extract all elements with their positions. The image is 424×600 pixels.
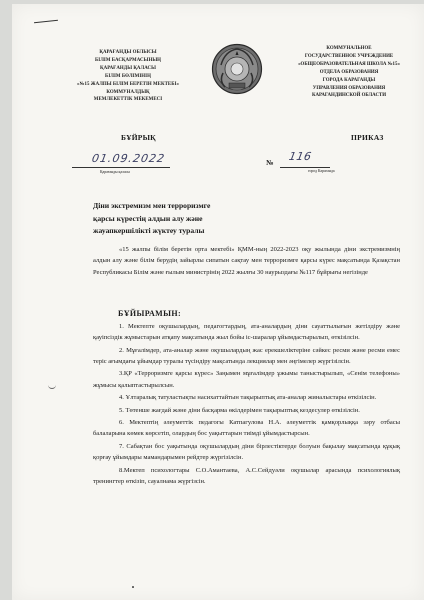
preamble-paragraph: «15 жалпы білім беретін орта мектебі» ҚМ… (93, 244, 400, 278)
subject-line: қарсы күрестің алдын алу және (93, 213, 273, 226)
order-items: 1. Мектепте оқушылардың, педагогтардың, … (93, 321, 400, 488)
order-item: 4. Ұлтаралық татуластықты насихаттайтын … (93, 392, 400, 403)
order-subject: Діни экстремизм мен терроризмге қарсы кү… (93, 200, 273, 238)
order-item: 3.ҚР «Терроризмге қарсы күрес» Заңымен м… (93, 368, 400, 390)
header-ru-line: ГОСУДАРСТВЕННОЕ УЧРЕЖДЕНИЕ (264, 53, 424, 61)
subject-line: Діни экстремизм мен терроризмге (93, 200, 273, 213)
doc-title-kz: БҰЙРЫҚ (121, 133, 156, 142)
header-ru-line: ОТДЕЛА ОБРАЗОВАНИЯ (264, 69, 424, 77)
order-item: 2. Мұғалімдер, ата-аналар және оқушылард… (93, 345, 400, 367)
header-ru-line: ГОРОДА КАРАГАНДЫ (264, 77, 424, 85)
order-item: 5. Төтенше жағдай және діни басқарма өкі… (93, 405, 400, 416)
scan-mark (34, 20, 58, 24)
date-underline (72, 167, 170, 168)
number-underline (280, 167, 330, 168)
order-item: 1. Мектепте оқушылардың, педагогтардың, … (93, 321, 400, 343)
pen-mark (48, 385, 56, 389)
scan-speck (132, 586, 134, 588)
order-item: 8.Мектеп психологтары С.О.Амантаева, А.С… (93, 465, 400, 487)
city-ru: город Караганда (308, 169, 335, 173)
header-kz: ҚАРАҒАНДЫ ОБЛЫСЫ БІЛІМ БАСҚАРМАСЫНЫҢ ҚАР… (42, 49, 214, 104)
city-kz: Қарағанды қаласы (100, 170, 130, 174)
header-ru-line: КАРАГАНДИНСКОЙ ОБЛАСТИ (264, 92, 424, 100)
header-ru-line: УПРАВЛЕНИЯ ОБРАЗОВАНИЯ (264, 85, 424, 93)
handwritten-date: 01.09.2022 (91, 152, 166, 165)
document-page: ҚАРАҒАНДЫ ОБЛЫСЫ БІЛІМ БАСҚАРМАСЫНЫҢ ҚАР… (12, 4, 424, 600)
handwritten-number: 116 (288, 150, 313, 163)
doc-title-ru: ПРИКАЗ (351, 133, 384, 142)
order-heading: БҰЙЫРАМЫН: (118, 309, 181, 318)
header-kz-line: «№15 ЖАЛПЫ БІЛІМ БЕРЕТІН МЕКТЕБІ» (42, 81, 214, 89)
number-label: № (266, 158, 274, 167)
order-item: 6. Мектептің әлеуметтік педагогы Катпагу… (93, 417, 400, 439)
header-kz-line: БІЛІМ БӨЛІМІНІҢ (42, 73, 214, 81)
header-kz-line: КОММУНАЛДЫҚ (42, 89, 214, 97)
state-emblem-icon (211, 43, 263, 95)
header-ru-line: КОММУНАЛЬНОЕ (264, 45, 424, 53)
header-kz-line: ҚАРАҒАНДЫ ҚАЛАСЫ (42, 65, 214, 73)
header-ru: КОММУНАЛЬНОЕ ГОСУДАРСТВЕННОЕ УЧРЕЖДЕНИЕ … (264, 45, 424, 100)
subject-line: жауапкершілікті жүктеу туралы (93, 225, 273, 238)
header-ru-line: «ОБЩЕОБРАЗОВАТЕЛЬНАЯ ШКОЛА №15» (264, 61, 424, 69)
header-kz-line: МЕМЛЕКЕТТІК МЕКЕМЕСІ (42, 96, 214, 104)
header-kz-line: БІЛІМ БАСҚАРМАСЫНЫҢ (42, 57, 214, 65)
header-kz-line: ҚАРАҒАНДЫ ОБЛЫСЫ (42, 49, 214, 57)
order-item: 7. Сабақтан бос уақытында оқушылардың ді… (93, 441, 400, 463)
